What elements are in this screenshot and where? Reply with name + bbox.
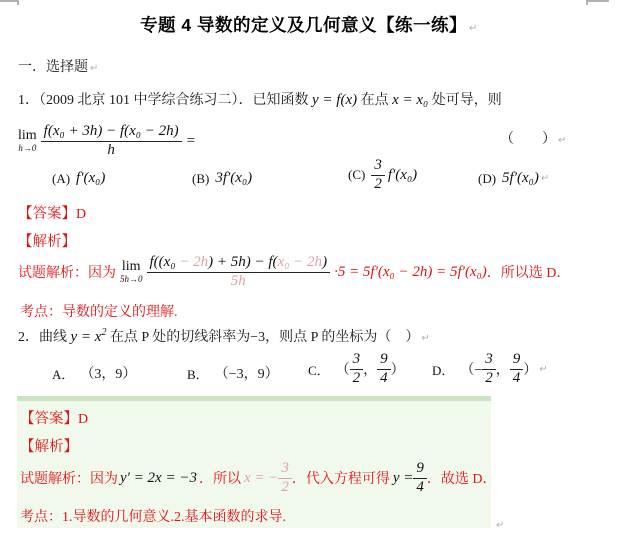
q1-option-a: (A) f′(x₀) — [52, 170, 105, 187]
q2-explain-y-equals: y = — [393, 470, 414, 487]
num-seg-faded: x₀ − 2h — [278, 254, 323, 270]
option-c-open-paren: （ — [336, 359, 350, 379]
frac-num: 9 — [510, 352, 524, 370]
answer-label: 【答案】 — [20, 411, 78, 427]
frac-num: 3 — [482, 352, 496, 370]
limit-operator: lim h→0 — [18, 129, 37, 153]
fraction-numerator: f(x₀ + 3h) − f(x₀ − 2h) — [41, 124, 182, 142]
q1-kaodian-text: 考点：导数的定义的理解. — [20, 305, 178, 320]
question-1-stem: 1．（2009 北京 101 中学综合练习二）．已知函数 y = f(x) 在点… — [18, 89, 502, 109]
frac-den: 2 — [278, 479, 292, 496]
q2-explain-derivative: y′ = 2x = −3 — [120, 470, 197, 487]
q2-explain-mid2: ．代入方程可得 — [292, 468, 390, 488]
top-right-border-fragment — [586, 0, 609, 2]
paragraph-mark: ↵ — [541, 173, 549, 184]
q1-stem-mid: 在点 — [361, 93, 389, 108]
option-a-label: (A) — [52, 171, 70, 187]
option-d-close-paren: ） — [523, 359, 537, 379]
q2-explanation: 试题解析：因为 y′ = 2x = −3 ．所以 x = − 32 ．代入方程可… — [20, 456, 497, 500]
paragraph-mark: ↵ — [496, 520, 504, 531]
q2-math-exponent: 2 — [101, 327, 106, 338]
frac-den: 4 — [377, 370, 391, 387]
fraction-denominator: h — [41, 142, 182, 159]
option-c-value: f′(x₀) — [388, 167, 417, 184]
option-d-label: D． — [432, 360, 454, 379]
fraction-numerator: f((x₀ − 2h) + 5h) − f(x₀ − 2h) — [147, 255, 331, 273]
q2-option-b: B． （−3，9） — [187, 363, 279, 383]
q2-explain-x-equals: x = − — [244, 470, 278, 487]
q1-answer-blank: （ ）↵ — [500, 128, 566, 148]
q1-stem-math-yfx: y = f(x) — [312, 92, 357, 108]
option-c-frac-2: 94 — [377, 352, 391, 387]
answer-label: 【答案】 — [18, 206, 76, 222]
answer-blank-parens: （ ） — [500, 132, 556, 147]
q2-explain-tail: ．故选 D． — [427, 468, 497, 488]
top-right-border-tick — [586, 0, 588, 5]
q2-explain-frac-32: 32 — [278, 461, 292, 496]
option-c-fraction: 3 2 — [371, 158, 385, 193]
option-c-frac-num: 3 — [371, 158, 385, 176]
lim-subscript: 5h→0 — [120, 275, 143, 284]
num-seg: ) + 5h) − f( — [208, 254, 277, 270]
option-c-label: C． — [308, 360, 330, 379]
q2-stem-prefix: 2．曲线 — [18, 330, 67, 345]
q1-explain-limit-operator: lim 5h→0 — [120, 260, 143, 284]
option-b-value: （−3，9） — [215, 363, 279, 383]
page-title-text: 专题 4 导数的定义及几何意义【练一练】 — [140, 15, 467, 35]
answer-value: D — [76, 207, 86, 222]
option-d-frac-1: 32 — [482, 352, 496, 387]
frac-den: 2 — [482, 370, 496, 387]
q2-explain-frac-94: 94 — [413, 461, 427, 496]
option-b-value: 3f′(x₀) — [215, 170, 252, 187]
analysis-label: 【解析】 — [18, 234, 76, 250]
question-2-stem: 2．曲线 y = x2 在点 P 处的切线斜率为−3，则点 P 的坐标为（ ）↵ — [18, 326, 430, 346]
analysis-label: 【解析】 — [20, 439, 78, 455]
frac-den: 2 — [350, 370, 364, 387]
q1-explain-fraction: f((x₀ − 2h) + 5h) − f(x₀ − 2h) 5h — [147, 255, 331, 290]
q2-stem-mid: 在点 P 处的切线斜率为−3，则点 P 的坐标为（ ） — [110, 330, 419, 345]
frac-den: 4 — [413, 479, 427, 496]
equals-sign: = — [187, 133, 195, 150]
option-d-label: (D) — [478, 171, 496, 187]
q2-option-d: D． （− 32 ， 94 ） ↵ — [432, 352, 548, 387]
option-a-label: A． — [52, 364, 74, 383]
option-c-label: (C) — [348, 167, 365, 183]
q1-explain-lead: 试题解析：因为 — [18, 262, 116, 282]
q2-math-base: y = x — [71, 329, 102, 345]
option-d-comma: ， — [496, 359, 510, 379]
q1-answer-line: 【答案】D — [18, 202, 86, 223]
page-title: 专题 4 导数的定义及几何意义【练一练】↵ — [0, 12, 618, 37]
q1-stem-math-xx0: x = x₀ — [392, 92, 428, 108]
q1-option-c: (C) 3 2 f′(x₀) — [348, 158, 417, 193]
q1-explain-tail-text: ．所以选 D． — [487, 262, 571, 282]
section-heading-text: 一．选择题 — [18, 60, 88, 75]
frac-num: 9 — [377, 352, 391, 370]
q1-option-b: (B) 3f′(x₀) — [192, 170, 252, 187]
num-seg: ) — [322, 254, 327, 270]
option-d-frac-2: 94 — [510, 352, 524, 387]
option-b-label: B． — [187, 364, 209, 383]
trailing-paragraph-mark: ↵ — [494, 515, 504, 533]
q1-formula-fraction: f(x₀ + 3h) − f(x₀ − 2h) h — [41, 124, 182, 159]
lim-subscript: h→0 — [18, 144, 37, 153]
q2-stem-math: y = x2 — [71, 329, 107, 345]
section-heading: 一．选择题↵ — [18, 56, 98, 76]
fraction-denominator: 5h — [147, 273, 331, 290]
num-seg: f((x₀ — [150, 254, 180, 270]
lim-word: lim — [18, 129, 37, 143]
frac-num: 3 — [278, 461, 292, 479]
option-d-value: 5f′(x₀) — [502, 170, 539, 187]
q2-analysis-label-line: 【解析】 — [20, 435, 78, 456]
q2-explain-lead: 试题解析：因为 — [20, 468, 118, 488]
q2-answer-line: 【答案】D — [20, 407, 88, 428]
q1-explanation: 试题解析：因为 lim 5h→0 f((x₀ − 2h) + 5h) − f(x… — [18, 250, 570, 294]
top-left-border-tick — [17, 0, 19, 5]
option-c-frac-den: 2 — [371, 176, 385, 193]
q1-analysis-label-line: 【解析】 — [18, 230, 76, 251]
frac-num: 9 — [413, 461, 427, 479]
option-d-open-paren: （− — [460, 359, 482, 379]
q1-explain-tail-math: ·5 = 5f′(x₀ − 2h) = 5f′(x₀) — [334, 264, 487, 281]
option-c-frac-1: 32 — [350, 352, 364, 387]
paragraph-mark: ↵ — [558, 135, 566, 146]
q1-exam-points: 考点：导数的定义的理解. — [20, 301, 178, 321]
frac-num: 3 — [350, 352, 364, 370]
lim-word: lim — [120, 260, 143, 274]
q2-kaodian-text: 考点：1.导数的几何意义.2.基本函数的求导. — [20, 510, 286, 525]
option-a-value: f′(x₀) — [76, 170, 105, 187]
paragraph-mark: ↵ — [90, 63, 98, 74]
document-page: 专题 4 导数的定义及几何意义【练一练】↵ 一．选择题↵ 1．（2009 北京 … — [0, 0, 618, 548]
option-c-comma: ， — [363, 359, 377, 379]
paragraph-mark: ↵ — [421, 333, 429, 344]
answer-value: D — [78, 412, 88, 427]
paragraph-mark: ↵ — [469, 23, 478, 34]
option-a-value: （3，9） — [80, 363, 136, 383]
q1-limit-formula: lim h→0 f(x₀ + 3h) − f(x₀ − 2h) h = — [18, 118, 195, 164]
q2-option-a: A． （3，9） — [52, 363, 136, 383]
q2-explain-mid1: ．所以 — [199, 468, 241, 488]
q2-option-c: C． （ 32 ， 94 ） — [308, 352, 405, 387]
q1-option-d: (D) 5f′(x₀) ↵ — [478, 170, 549, 187]
q1-stem-suffix: 处可导，则 — [432, 93, 502, 108]
paragraph-mark: ↵ — [539, 364, 547, 375]
option-c-close-paren: ） — [391, 359, 405, 379]
num-seg-faded: − 2h — [179, 254, 208, 270]
q2-exam-points: 考点：1.导数的几何意义.2.基本函数的求导. — [20, 506, 286, 526]
q1-stem-prefix: 1．（2009 北京 101 中学综合练习二）．已知函数 — [18, 93, 309, 108]
option-b-label: (B) — [192, 171, 209, 187]
frac-den: 4 — [510, 370, 524, 387]
